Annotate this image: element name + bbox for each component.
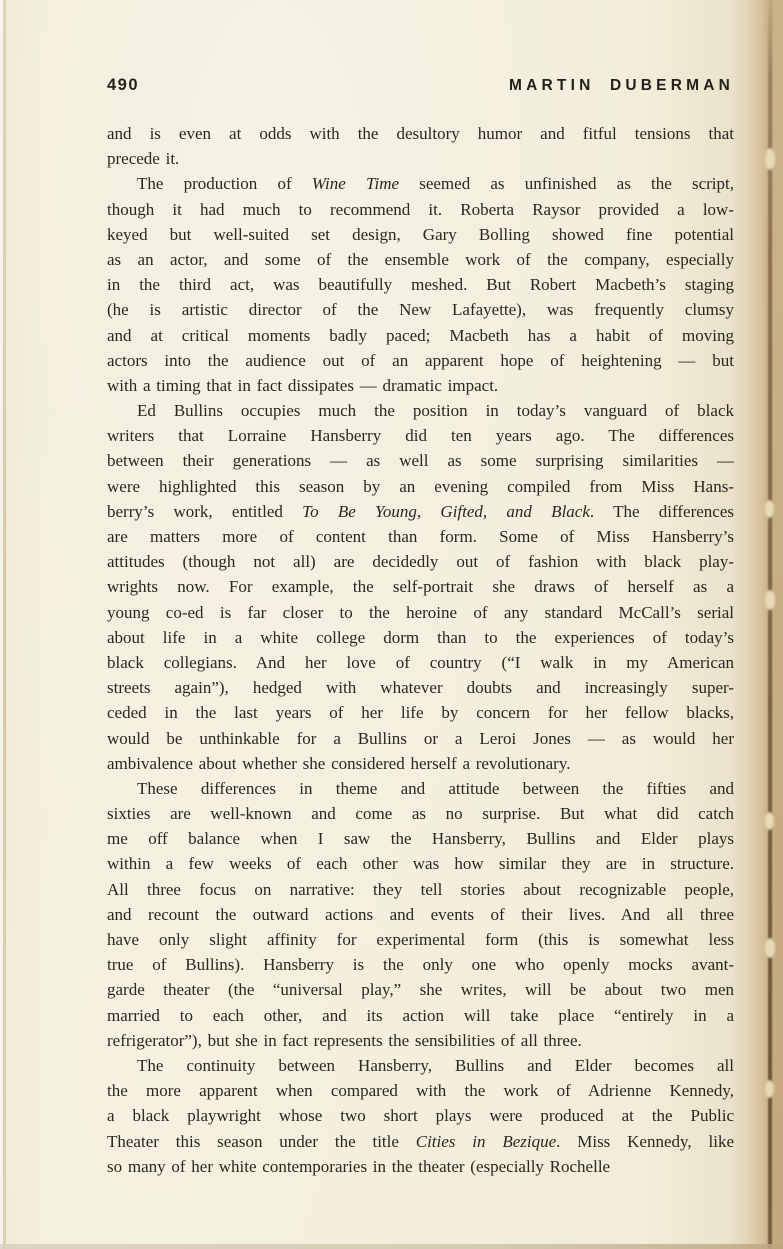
text-line: about life in a white college dorm than … (107, 625, 734, 650)
body-text: These differences in theme and attitude … (137, 779, 734, 798)
body-text: are matters more of content than form. S… (107, 527, 734, 546)
body-text: young co-ed is far closer to the heroine… (107, 603, 734, 622)
body-text: All three focus on narrative: they tell … (107, 880, 734, 899)
text-line: These differences in theme and attitude … (107, 776, 734, 801)
body-text: were highlighted this season by an eveni… (107, 477, 734, 496)
page-header: 490 MARTIN DUBERMAN (107, 76, 734, 95)
text-line: The continuity between Hansberry, Bullin… (107, 1053, 734, 1078)
paragraph: The continuity between Hansberry, Bullin… (107, 1053, 734, 1179)
italic-title-text: Wine Time (312, 174, 399, 193)
text-line: All three focus on narrative: they tell … (107, 877, 734, 902)
text-line: ambivalence about whether she considered… (107, 751, 734, 776)
body-text: and is even at odds with the desultory h… (107, 124, 734, 143)
text-line: The production of Wine Time seemed as un… (107, 171, 734, 196)
body-text: actors into the audience out of an appar… (107, 351, 734, 370)
scanned-book-page: 490 MARTIN DUBERMAN and is even at odds … (0, 0, 783, 1249)
body-text: ambivalence about whether she considered… (107, 754, 571, 773)
text-line: precede it. (107, 146, 734, 171)
body-text: married to each other, and its action wi… (107, 1006, 734, 1025)
edge-crease-mark (765, 812, 774, 830)
body-text: . The differences (590, 502, 734, 521)
body-text: streets again”), hedged with whatever do… (107, 678, 734, 697)
body-text: true of Bullins). Hansberry is the only … (107, 955, 734, 974)
italic-title-text: To Be Young, Gifted, and Black (302, 502, 590, 521)
text-line: refrigerator”), but she in fact represen… (107, 1028, 734, 1053)
body-text: The production of (137, 174, 312, 193)
text-line: ceded in the last years of her life by c… (107, 700, 734, 725)
running-head: MARTIN DUBERMAN (509, 77, 734, 95)
text-line: so many of her white contemporaries in t… (107, 1154, 734, 1179)
text-line: me off balance when I saw the Hansberry,… (107, 826, 734, 851)
body-text: precede it. (107, 149, 179, 168)
body-text: garde theater (the “universal play,” she… (107, 980, 734, 999)
body-text: The continuity between Hansberry, Bullin… (137, 1056, 734, 1075)
body-text: a black playwright whose two short plays… (107, 1106, 734, 1125)
body-text: would be unthinkable for a Bullins or a … (107, 729, 734, 748)
text-line: Theater this season under the title Citi… (107, 1129, 734, 1154)
paragraph: The production of Wine Time seemed as un… (107, 171, 734, 398)
text-line: attitudes (though not all) are decidedly… (107, 549, 734, 574)
text-line: in the third act, was beautifully meshed… (107, 272, 734, 297)
paragraph: and is even at odds with the desultory h… (107, 121, 734, 171)
body-text: in the third act, was beautifully meshed… (107, 275, 734, 294)
text-line: streets again”), hedged with whatever do… (107, 675, 734, 700)
text-line: with a timing that in fact dissipates — … (107, 373, 734, 398)
page-edge-right-outer (773, 0, 783, 1249)
page-edge-left-line (3, 0, 6, 1249)
page-edge-crease-line (768, 0, 772, 1249)
text-line: writers that Lorraine Hansberry did ten … (107, 423, 734, 448)
body-text: sixties are well-known and come as no su… (107, 804, 734, 823)
body-text: wrights now. For example, the self-portr… (107, 577, 734, 596)
body-text: refrigerator”), but she in fact represen… (107, 1031, 582, 1050)
paragraph: These differences in theme and attitude … (107, 776, 734, 1053)
text-line: would be unthinkable for a Bullins or a … (107, 726, 734, 751)
body-text: (he is artistic director of the New Lafa… (107, 300, 734, 319)
text-line: keyed but well-suited set design, Gary B… (107, 222, 734, 247)
text-line: married to each other, and its action wi… (107, 1003, 734, 1028)
body-text: have only slight affinity for experiment… (107, 930, 734, 949)
text-line: actors into the audience out of an appar… (107, 348, 734, 373)
body-text: the more apparent when compared with the… (107, 1081, 734, 1100)
text-line: true of Bullins). Hansberry is the only … (107, 952, 734, 977)
body-text: . Miss Kennedy, like (556, 1132, 734, 1151)
body-text: so many of her white contemporaries in t… (107, 1157, 610, 1176)
text-line: (he is artistic director of the New Lafa… (107, 297, 734, 322)
text-line: as an actor, and some of the ensemble wo… (107, 247, 734, 272)
body-text: black collegians. And her love of countr… (107, 653, 734, 672)
text-line: black collegians. And her love of countr… (107, 650, 734, 675)
text-line: Ed Bullins occupies much the position in… (107, 398, 734, 423)
text-line: sixties are well-known and come as no su… (107, 801, 734, 826)
text-line: and is even at odds with the desultory h… (107, 121, 734, 146)
page-edge-bottom (0, 1244, 783, 1249)
text-line: a black playwright whose two short plays… (107, 1103, 734, 1128)
text-line: young co-ed is far closer to the heroine… (107, 600, 734, 625)
edge-crease-mark (765, 590, 775, 610)
body-text: Ed Bullins occupies much the position in… (137, 401, 734, 420)
body-text: about life in a white college dorm than … (107, 628, 734, 647)
body-text: though it had much to recommend it. Robe… (107, 200, 734, 219)
body-text: berry’s work, entitled (107, 502, 302, 521)
text-block: and is even at odds with the desultory h… (107, 121, 734, 1179)
body-text: me off balance when I saw the Hansberry,… (107, 829, 734, 848)
page-number: 490 (107, 76, 139, 95)
text-line: between their generations — as well as s… (107, 448, 734, 473)
body-text: and recount the outward actions and even… (107, 905, 734, 924)
edge-crease-mark (765, 1080, 774, 1098)
body-text: within a few weeks of each other was how… (107, 854, 734, 873)
text-line: the more apparent when compared with the… (107, 1078, 734, 1103)
text-line: were highlighted this season by an eveni… (107, 474, 734, 499)
body-text: ceded in the last years of her life by c… (107, 703, 734, 722)
body-text: keyed but well-suited set design, Gary B… (107, 225, 734, 244)
text-line: berry’s work, entitled To Be Young, Gift… (107, 499, 734, 524)
body-text: and at critical moments badly paced; Mac… (107, 326, 734, 345)
text-line: wrights now. For example, the self-portr… (107, 574, 734, 599)
text-line: are matters more of content than form. S… (107, 524, 734, 549)
body-text: seemed as unfinished as the script, (399, 174, 734, 193)
text-line: and at critical moments badly paced; Mac… (107, 323, 734, 348)
edge-crease-mark (765, 500, 774, 518)
edge-crease-mark (765, 148, 775, 170)
text-line: have only slight affinity for experiment… (107, 927, 734, 952)
text-line: garde theater (the “universal play,” she… (107, 977, 734, 1002)
text-line: though it had much to recommend it. Robe… (107, 197, 734, 222)
body-text: between their generations — as well as s… (107, 451, 734, 470)
text-line: and recount the outward actions and even… (107, 902, 734, 927)
body-text: as an actor, and some of the ensemble wo… (107, 250, 734, 269)
paragraph: Ed Bullins occupies much the position in… (107, 398, 734, 776)
italic-title-text: Cities in Bezique (416, 1132, 556, 1151)
body-text: Theater this season under the title (107, 1132, 416, 1151)
text-line: within a few weeks of each other was how… (107, 851, 734, 876)
body-text: with a timing that in fact dissipates — … (107, 376, 498, 395)
body-text: writers that Lorraine Hansberry did ten … (107, 426, 734, 445)
body-text: attitudes (though not all) are decidedly… (107, 552, 734, 571)
edge-crease-mark (765, 938, 775, 958)
